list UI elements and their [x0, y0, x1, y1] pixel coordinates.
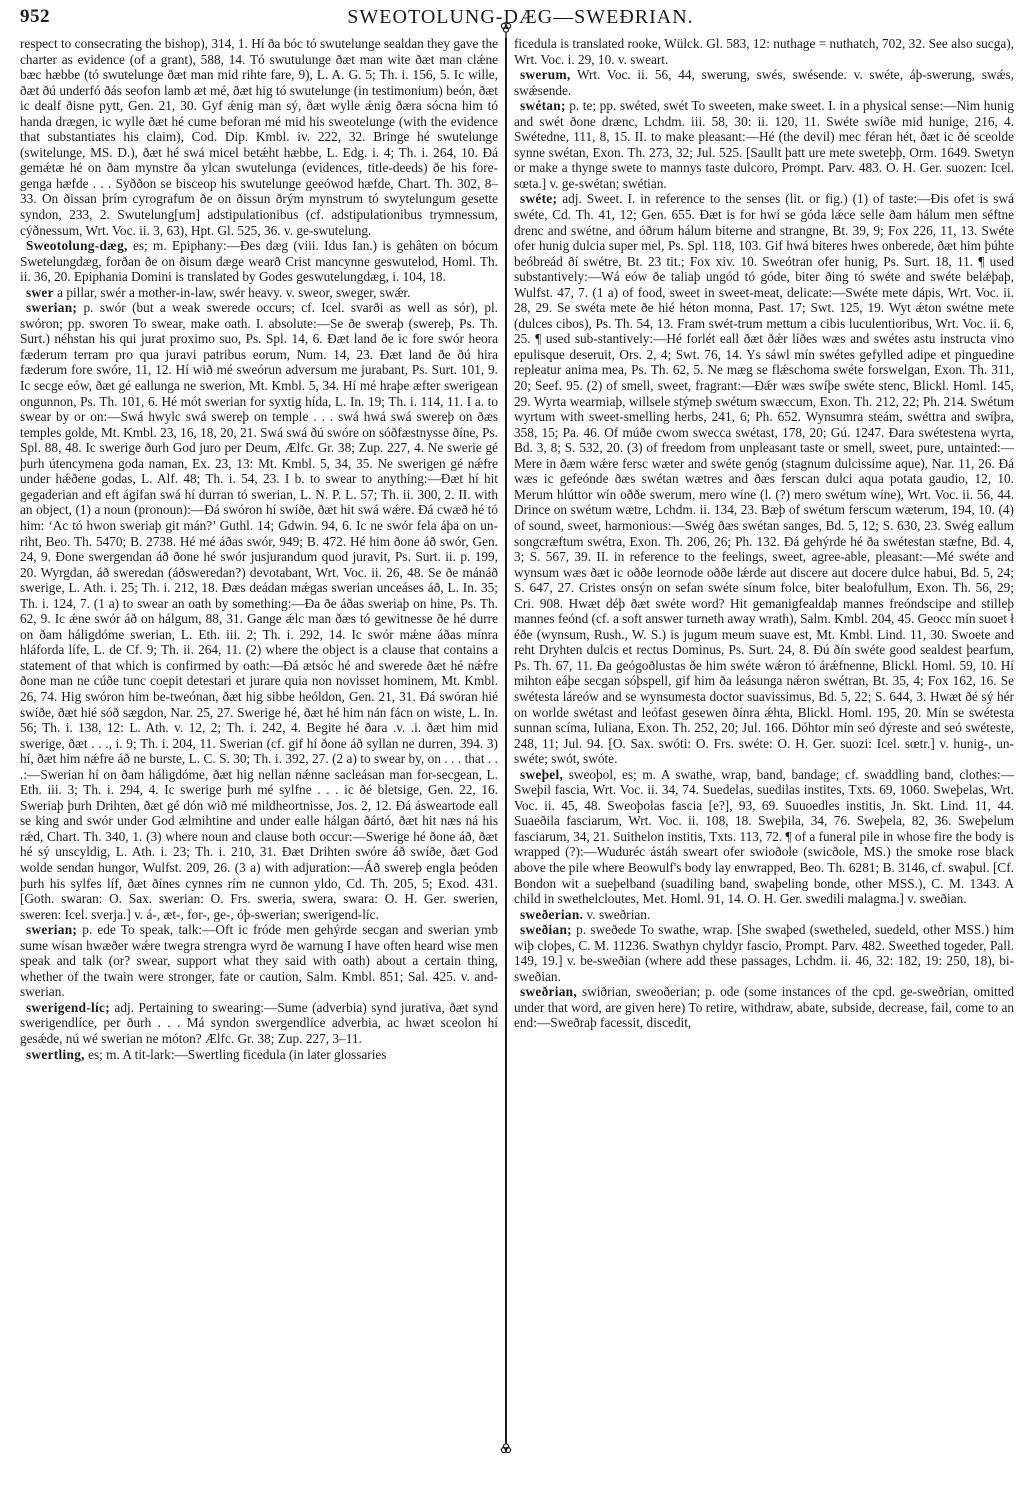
continuation-text: ficedula is translated rooke, Wülck. Gl.… — [514, 36, 1014, 67]
entry-body: sweoþol, es; m. A swathe, wrap, band, ba… — [514, 767, 1014, 906]
entry-body: adj. Sweet. I. in reference to the sense… — [514, 191, 1014, 766]
dictionary-entry: Sweotolung-dæg, es; m. Epiphany:—Ðes dæg… — [20, 238, 498, 285]
dictionary-entry: swer a pillar, swér a mother-in-law, swé… — [20, 285, 498, 301]
left-column: respect to consecrating the bishop), 314… — [20, 36, 498, 1062]
headword: swer — [26, 285, 54, 300]
headword: sweðian; — [520, 922, 572, 937]
entry-body: a pillar, swér a mother-in-law, swér hea… — [54, 285, 411, 300]
headword: swerian; — [26, 300, 77, 315]
entry-body: p. te; pp. swéted, swét To sweeten, make… — [514, 98, 1014, 191]
headword: sweðrian, — [520, 984, 577, 999]
entry-body: p. swór (but a weak swerede occurs; cf. … — [20, 300, 498, 921]
headword: swétan; — [520, 98, 566, 113]
headword: swerian; — [26, 922, 77, 937]
headword: swerum, — [520, 67, 570, 82]
column-divider — [505, 38, 507, 1443]
page-header: 952 SWEOTOLUNG-DÆG—SWEÐRIAN. — [20, 6, 1021, 34]
dictionary-entry: swerian; p. ede To speak, talk:—Oft ic f… — [20, 922, 498, 1000]
entry-body: Wrt. Voc. ii. 56, 44, swerung, swés, swé… — [514, 67, 1014, 98]
dictionary-entry: swerigend-líc; adj. Pertaining to sweari… — [20, 1000, 498, 1047]
headword: swertling, — [26, 1047, 85, 1062]
entry-body: es; m. A tit-lark:—Swertling ficedula (i… — [85, 1047, 387, 1062]
dictionary-entry: swétan; p. te; pp. swéted, swét To sweet… — [514, 98, 1014, 191]
dictionary-entry: swerum, Wrt. Voc. ii. 56, 44, swerung, s… — [514, 67, 1014, 98]
dictionary-entry: swéte; adj. Sweet. I. in reference to th… — [514, 191, 1014, 766]
dictionary-entry: sweðrian, swiðrian, sweoðerian; p. ode (… — [514, 984, 1014, 1031]
column-ornament-top-icon — [499, 22, 513, 38]
column-ornament-bottom-icon — [499, 1438, 513, 1454]
right-column: ficedula is translated rooke, Wülck. Gl.… — [514, 36, 1014, 1031]
entry-body: p. sweðede To swathe, wrap. [She swaþed … — [514, 922, 1014, 984]
entry-body: swiðrian, sweoðerian; p. ode (some insta… — [514, 984, 1014, 1030]
dictionary-entry: sweþel, sweoþol, es; m. A swathe, wrap, … — [514, 767, 1014, 907]
entry-body: v. sweðrian. — [583, 907, 650, 922]
headword: sweþel, — [520, 767, 563, 782]
dictionary-entry: sweðerian. v. sweðrian. — [514, 907, 1014, 923]
running-head: SWEOTOLUNG-DÆG—SWEÐRIAN. — [20, 6, 1021, 29]
headword: Sweotolung-dæg, — [26, 238, 128, 253]
entry-body: p. ede To speak, talk:—Oft ic fróde men … — [20, 922, 498, 999]
headword: swéte; — [520, 191, 557, 206]
dictionary-entry: swerian; p. swór (but a weak swerede occ… — [20, 300, 498, 922]
dictionary-entry: sweðian; p. sweðede To swathe, wrap. [Sh… — [514, 922, 1014, 984]
headword: sweðerian. — [520, 907, 583, 922]
headword: swerigend-líc; — [26, 1000, 110, 1015]
dictionary-entry: swertling, es; m. A tit-lark:—Swertling … — [20, 1047, 498, 1063]
continuation-text: respect to consecrating the bishop), 314… — [20, 36, 498, 238]
